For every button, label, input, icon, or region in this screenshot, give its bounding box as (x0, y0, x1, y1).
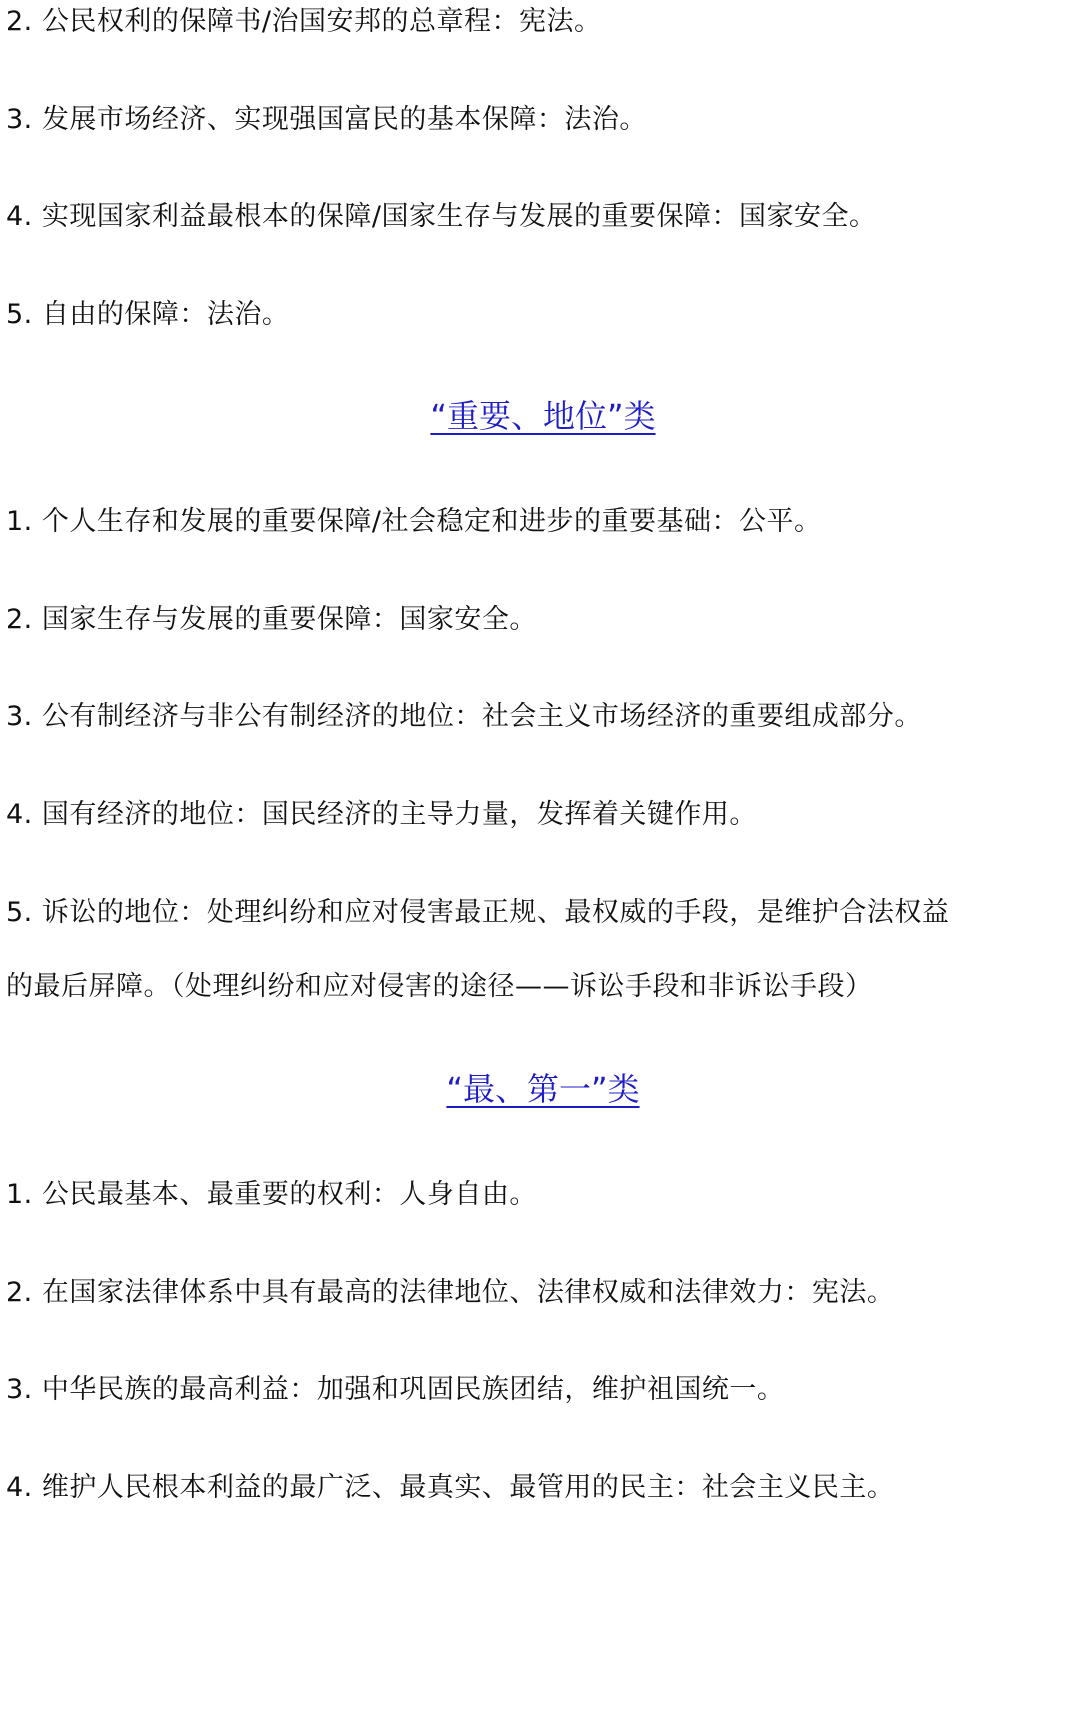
section-heading-most: “最、第一”类 (0, 1067, 1080, 1111)
list-item: 2. 国家生存与发展的重要保障：国家安全。 (6, 600, 1080, 640)
list-item: 4. 实现国家利益最根本的保障/国家生存与发展的重要保障：国家安全。 (6, 197, 1080, 237)
section-heading-importance: “重要、地位”类 (0, 394, 1080, 438)
list-item: 5. 自由的保障：法治。 (6, 295, 1080, 335)
document-page: 2. 公民权利的保障书/治国安邦的总章程：宪法。 3. 发展市场经济、实现强国富… (0, 0, 1080, 1710)
list-item: 1. 公民最基本、最重要的权利：人身自由。 (6, 1175, 1080, 1215)
list-item: 1. 个人生存和发展的重要保障/社会稳定和进步的重要基础：公平。 (6, 502, 1080, 542)
list-item: 4. 维护人民根本利益的最广泛、最真实、最管用的民主：社会主义民主。 (6, 1468, 1080, 1508)
list-item: 3. 中华民族的最高利益：加强和巩固民族团结，维护祖国统一。 (6, 1370, 1080, 1410)
list-item: 4. 国有经济的地位：国民经济的主导力量，发挥着关键作用。 (6, 795, 1080, 835)
section-heading-label: “最、第一”类 (440, 1070, 639, 1108)
list-item: 2. 公民权利的保障书/治国安邦的总章程：宪法。 (6, 2, 1080, 42)
list-item-continuation: 的最后屏障。（处理纠纷和应对侵害的途径——诉讼手段和非诉讼手段） (6, 967, 1080, 1007)
section-heading-label: “重要、地位”类 (424, 397, 655, 435)
list-item: 2. 在国家法律体系中具有最高的法律地位、法律权威和法律效力：宪法。 (6, 1273, 1080, 1313)
list-item: 3. 公有制经济与非公有制经济的地位：社会主义市场经济的重要组成部分。 (6, 697, 1080, 737)
list-item: 5. 诉讼的地位：处理纠纷和应对侵害最正规、最权威的手段，是维护合法权益 (6, 893, 1080, 933)
list-item: 3. 发展市场经济、实现强国富民的基本保障：法治。 (6, 100, 1080, 140)
